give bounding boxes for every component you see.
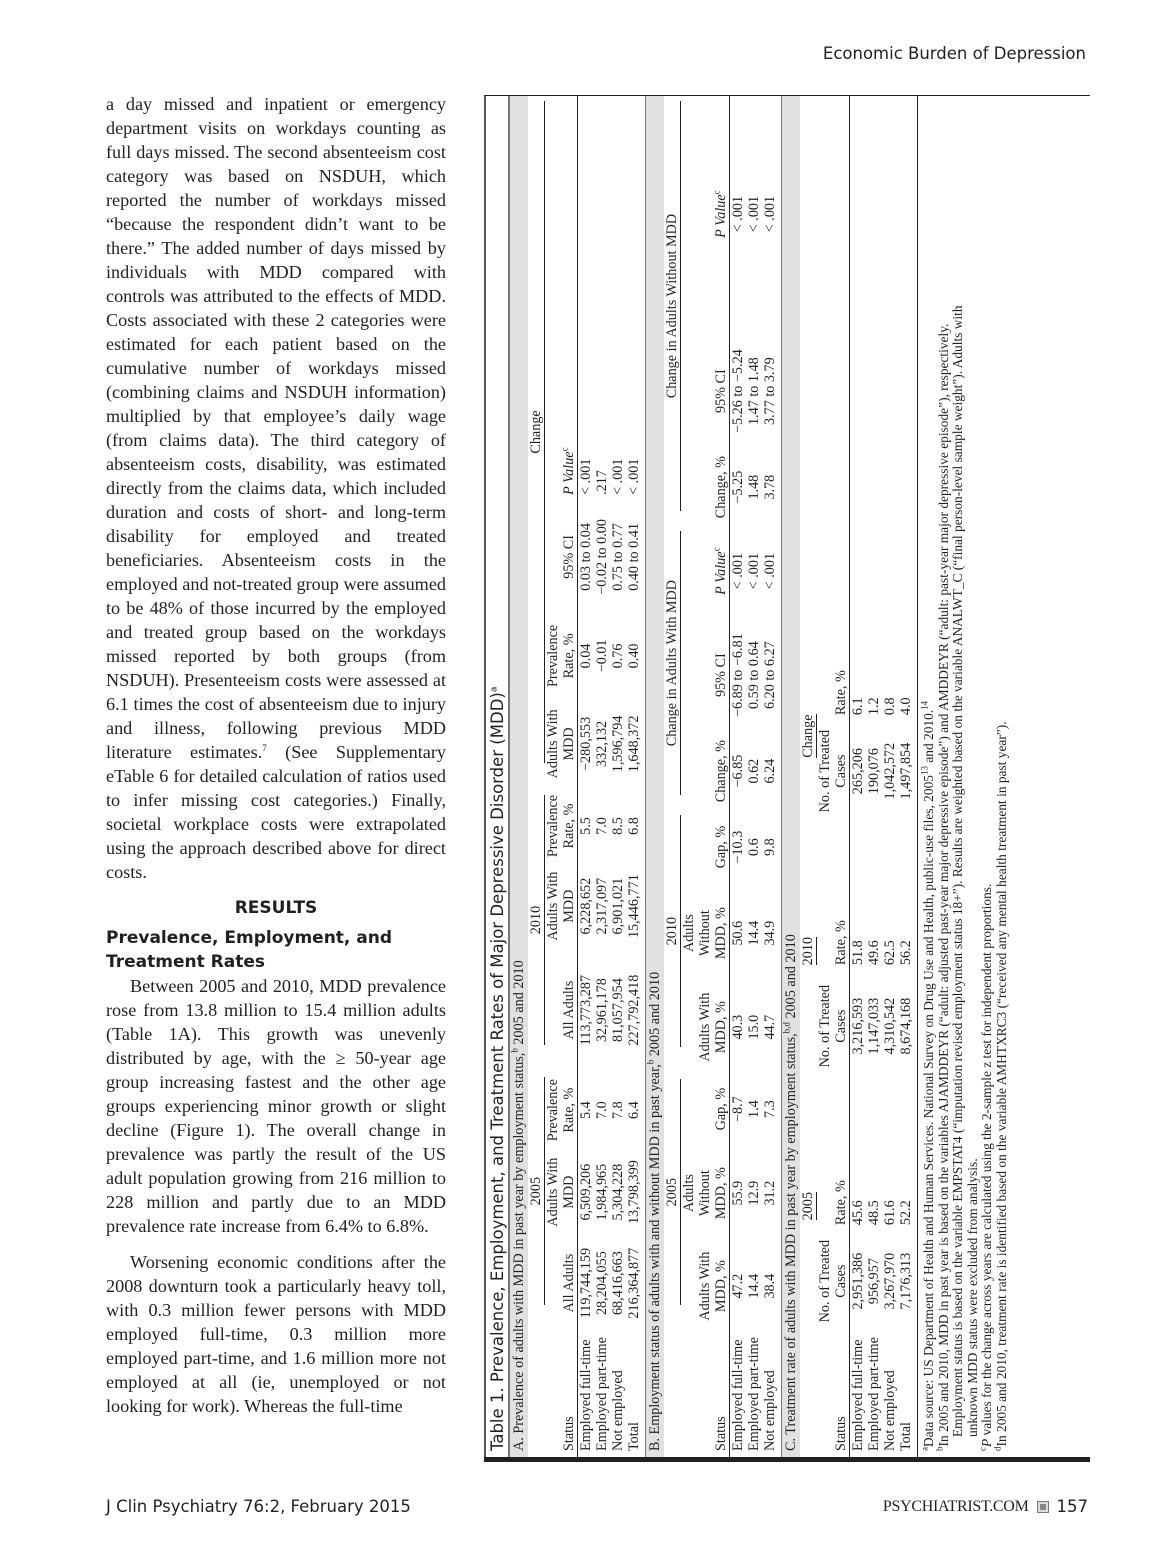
table-cell: −6.89 to −6.81 [730,617,747,733]
table-cell: 28,204,055 [594,1235,610,1331]
table-cell: 956,957 [866,1231,882,1331]
table-cell: 34.9 [762,885,778,981]
table-cell: 0.03 to 0.04 [578,501,595,613]
table-cell: 119,744,159 [578,1235,595,1331]
paragraph-text: a day missed and inpatient or emergency … [106,94,446,762]
paragraph-text: (See Supplementary eTable 6 for detailed… [106,742,446,882]
table-cell: 61.6 [882,1081,898,1231]
table-row: Total216,364,87713,798,3996.4227,792,418… [626,95,642,1457]
table-cell: 49.6 [866,821,882,971]
footnote-marker: b,d [781,1022,791,1033]
section-heading-results: RESULTS [106,896,446,920]
column-header: Change, % [681,449,730,525]
row-label: Employed part-time [594,1331,610,1457]
column-header: Prevalence Rate, % [545,613,578,699]
column-header: Change, % [681,733,730,809]
footnote-d: dIn 2005 and 2010, treatment rate is ide… [995,101,1010,1451]
table-cell: 7.3 [762,1073,778,1145]
table-cell: 1,984,965 [594,1149,610,1235]
table-cell: 48.5 [866,1081,882,1231]
table-cell: 6,228,652 [578,863,595,949]
table-cell: 7,176,313 [898,1231,914,1331]
table-cell: < .001 [746,525,762,617]
table-cell: 50.6 [730,885,747,981]
column-header: No. of Treated Cases [817,721,850,821]
footnote-marker: a [490,687,500,693]
group-header: Change in Adults Without MDD [664,95,681,525]
table-cell: 68,416,663 [610,1235,626,1331]
caption-text: 2005 and 2010 [647,972,663,1060]
table-cell: < .001 [730,95,747,333]
table-cell: 1,648,372 [626,699,642,789]
table-cell: 7.8 [610,1071,626,1149]
section-c-caption: C. Treatment rate of adults with MDD in … [781,95,800,1457]
table-cell: 8.5 [610,789,626,863]
table-cell: 9.8 [762,809,778,885]
table-cell: < .001 [730,525,747,617]
table-cell: 3,267,970 [882,1231,898,1331]
table-cell: 332,132 [594,699,610,789]
column-header: P Valuec [681,525,730,617]
table-cell: 3.77 to 3.79 [762,333,778,449]
table-cell: 1,147,033 [866,971,882,1081]
table-cell: −5.25 [730,449,747,525]
table-title-text: Table 1. Prevalence, Employment, and Tre… [488,692,507,1451]
table-cell: 113,773,287 [578,949,595,1071]
section-b-table: 2005 2010 Change in Adults With MDD Chan… [664,95,778,1457]
table-cell: 190,076 [866,721,882,821]
group-header: Change [800,651,817,821]
column-header: Status [681,1331,730,1457]
column-header: P Valuec [545,95,578,501]
footnote-b: bIn 2005 and 2010, MDD in past year is b… [937,101,952,1451]
table-1: Table 1. Prevalence, Employment, and Tre… [484,95,1090,1462]
group-header: Change [528,95,545,789]
table-row: Total7,176,31352.28,674,16856.21,497,854… [898,95,914,1457]
page-footer: PSYCHIATRIST.COM 157 [883,1497,1088,1516]
column-header: All Adults [545,949,578,1071]
table-cell: 1.47 to 1.48 [746,333,762,449]
row-label: Employed full-time [578,1331,595,1457]
caption-text: 2005 and 2010 [511,960,527,1048]
table-cell: 15.0 [746,981,762,1073]
table-cell: 0.76 [610,613,626,699]
table-row: Employed full-time47.255.9−8.740.350.6−1… [730,95,747,1457]
column-header: All Adults [545,1235,578,1331]
table-cell: 0.40 to 0.41 [626,501,642,613]
body-paragraph: Worsening economic conditions after the … [106,1250,446,1418]
caption-text: C. Treatment rate of adults with MDD in … [783,1033,799,1451]
table-row: Not employed38.431.27.344.734.99.86.246.… [762,95,778,1457]
section-a-caption: A. Prevalence of adults with MDD in past… [508,95,528,1457]
column-header: P Valuec [681,95,730,333]
column-header: Adults With MDD, % [681,1241,730,1331]
table-cell: 6,509,206 [578,1149,595,1235]
table-cell: 32,961,178 [594,949,610,1071]
table-cell: 3.78 [762,449,778,525]
row-label: Employed part-time [866,1331,882,1457]
table-cell: −6.85 [730,733,747,809]
caption-text: B. Employment status of adults with and … [647,1064,663,1451]
table-cell: 1.4 [746,1073,762,1145]
row-label: Not employed [762,1331,778,1457]
column-header: Adults With MDD [545,1149,578,1235]
column-header: Rate, % [817,651,850,721]
table-cell: 13,798,399 [626,1149,642,1235]
table-cell: 7.0 [594,1071,610,1149]
row-label: Not employed [610,1331,626,1457]
table-cell: 1,497,854 [898,721,914,821]
table-cell: .217 [594,95,610,501]
section-c-table: 2005 2010 Change Status No. of Treated C… [800,95,914,1457]
section-a-table: 2005 2010 Change Status All Adults Adult… [528,95,642,1457]
column-header: Adults With MDD [545,699,578,789]
caption-text: A. Prevalence of adults with MDD in past… [511,1053,527,1451]
row-label: Employed full-time [850,1331,867,1457]
row-label: Employed part-time [746,1331,762,1457]
table-row: Employed part-time956,95748.51,147,03349… [866,95,882,1457]
table-row: Employed part-time14.412.91.415.014.40.6… [746,95,762,1457]
table-cell: −0.01 [594,613,610,699]
table-cell: 227,792,418 [626,949,642,1071]
table-cell: 56.2 [898,821,914,971]
table-cell: 15,446,771 [626,863,642,949]
table-cell: 62.5 [882,821,898,971]
section-b-caption: B. Employment status of adults with and … [645,95,664,1457]
table-cell: 4.0 [898,651,914,721]
table-cell: 6.1 [850,651,867,721]
group-header: Change in Adults With MDD [664,525,681,809]
row-label: Total [898,1331,914,1457]
column-header: 95% CI [545,501,578,613]
table-cell: < .001 [746,95,762,333]
table-row: Employed full-time2,951,38645.63,216,593… [850,95,867,1457]
table-cell: 31.2 [762,1145,778,1241]
body-paragraph: a day missed and inpatient or emergency … [106,92,446,884]
row-label: Employed full-time [730,1331,747,1457]
subsection-heading: Prevalence, Employment, and Treatment Ra… [106,926,446,974]
table-cell: 12.9 [746,1145,762,1241]
column-header: No. of Treated Cases [817,971,850,1081]
table-cell: 14.4 [746,1241,762,1331]
table-cell: −10.3 [730,809,747,885]
table-cell: 7.0 [594,789,610,863]
footnote-a: aData source: US Department of Health an… [922,101,937,1451]
table-cell: 0.8 [882,651,898,721]
table-cell: −280,553 [578,699,595,789]
column-header: Prevalence Rate, % [545,789,578,863]
table-cell: 1,042,572 [882,721,898,821]
column-header: Adults With MDD, % [681,981,730,1073]
table-cell: 3,216,593 [850,971,867,1081]
table-cell: 1,596,794 [610,699,626,789]
table-cell: 4,310,542 [882,971,898,1081]
body-column: a day missed and inpatient or emergency … [106,92,446,1418]
table-cell: 81,057,954 [610,949,626,1071]
body-paragraph: Between 2005 and 2010, MDD prevalence ro… [106,974,446,1238]
caption-text: 2005 and 2010 [783,934,799,1022]
column-header: Rate, % [817,1081,850,1231]
table-cell: 2,951,386 [850,1231,867,1331]
column-header: Adults With MDD [545,863,578,949]
table-cell: 51.8 [850,821,867,971]
table-cell: < .001 [762,525,778,617]
table-row: Not employed68,416,6635,304,2287.881,057… [610,95,626,1457]
table-cell: 5.5 [578,789,595,863]
table-cell: 47.2 [730,1241,747,1331]
table-cell: 2,317,097 [594,863,610,949]
group-header: 2005 [664,1073,681,1331]
journal-citation: J Clin Psychiatry 76:2, February 2015 [106,1497,411,1516]
row-label: Total [626,1331,642,1457]
group-header: 2005 [800,1081,817,1331]
table-cell: 0.62 [746,733,762,809]
table-row: Employed part-time28,204,0551,984,9657.0… [594,95,610,1457]
table-cell: 45.6 [850,1081,867,1231]
table-cell: 8,674,168 [898,971,914,1081]
table-cell: < .001 [762,95,778,333]
column-header: Adults Without MDD, % [681,885,730,981]
table-end-rule [484,95,1090,96]
table-cell: 1.48 [746,449,762,525]
table-cell: 52.2 [898,1081,914,1231]
footnote-marker: b [509,1048,519,1053]
footnote-b-cont: unknown MDD status were excluded from an… [966,101,981,1451]
column-header: Gap, % [681,809,730,885]
table-cell: 5.4 [578,1071,595,1149]
table-cell: −5.26 to −5.24 [730,333,747,449]
table-cell: 0.04 [578,613,595,699]
column-header: No. of Treated Cases [817,1231,850,1331]
column-header: Rate, % [817,821,850,971]
column-header: Adults Without MDD, % [681,1145,730,1241]
table-title: Table 1. Prevalence, Employment, and Tre… [484,95,508,1457]
page-number: 157 [1057,1497,1089,1516]
column-header: 95% CI [681,617,730,733]
column-header: Status [817,1331,850,1457]
table-cell: 6.8 [626,789,642,863]
column-header: Prevalence Rate, % [545,1071,578,1149]
site-name: PSYCHIATRIST.COM [883,1498,1029,1516]
table-cell: 6.20 to 6.27 [762,617,778,733]
column-header: Status [545,1331,578,1457]
column-header: Gap, % [681,1073,730,1145]
footnote-marker: b [645,1060,655,1065]
column-header: 95% CI [681,333,730,449]
table-cell: 44.7 [762,981,778,1073]
footnote-b-cont: Employment status is based on the variab… [951,101,966,1451]
table-cell: 0.6 [746,809,762,885]
table-cell: −0.02 to 0.00 [594,501,610,613]
table-cell: < .001 [578,95,595,501]
group-header: 2010 [664,809,681,1073]
table-cell: 40.3 [730,981,747,1073]
table-cell: 216,364,877 [626,1235,642,1331]
running-head: Economic Burden of Depression [823,44,1086,63]
table-cell: 265,206 [850,721,867,821]
table-cell: 55.9 [730,1145,747,1241]
group-header: 2005 [528,1071,545,1331]
table-row: Employed full-time119,744,1596,509,2065.… [578,95,595,1457]
group-header: 2010 [800,821,817,1081]
table-cell: −8.7 [730,1073,747,1145]
table-cell: < .001 [626,95,642,501]
table-cell: 1.2 [866,651,882,721]
table-cell: 0.40 [626,613,642,699]
table-cell: 0.59 to 0.64 [746,617,762,733]
table-cell: 5,304,228 [610,1149,626,1235]
table-cell: 0.75 to 0.77 [610,501,626,613]
table-cell: 6.4 [626,1071,642,1149]
footnote-c: cP values for the change across years ar… [980,101,995,1451]
table-cell: 14.4 [746,885,762,981]
table-cell: 38.4 [762,1241,778,1331]
group-header: 2010 [528,789,545,1071]
row-label: Not employed [882,1331,898,1457]
table-cell: < .001 [610,95,626,501]
table-cell: 6,901,021 [610,863,626,949]
table-cell: 6.24 [762,733,778,809]
table-footnotes: aData source: US Department of Health an… [917,95,1009,1457]
table-row: Not employed3,267,97061.64,310,54262.51,… [882,95,898,1457]
square-bullet-icon [1037,1501,1049,1513]
